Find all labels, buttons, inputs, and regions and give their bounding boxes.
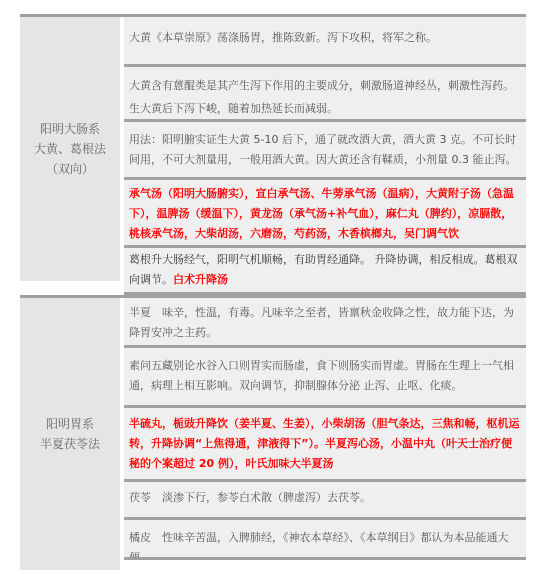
content-cell: 橘皮 性味辛苦温，入脾肺经，《神农本草经》、《本草纲目》都认为本品能通大便。 — [124, 520, 526, 560]
label-line: 阳明胃系 — [40, 414, 100, 434]
label-line: （双向） — [34, 159, 106, 179]
content-cell: 用法：阳明腑实证生大黄 5-10 后下，通了就改酒大黄，酒大黄 3 克。不可长时… — [124, 122, 526, 180]
label-line: 大黄、葛根法 — [34, 139, 106, 159]
section-content: 大黄《本草崇原》荡涤肠胃，推陈致新。泻下攻积，将军之称。 大黄含有蒽醌类是其产生… — [120, 17, 526, 281]
section-content: 半夏 味辛，性温，有毒。凡味辛之至者，皆禀秋金收降之性，故力能下达，为降胃安冲之… — [120, 298, 526, 570]
content-cell: 茯苓 淡渗下行，参苓白术散（脾虚泻）去茯苓。 — [124, 482, 526, 520]
content-cell: 葛根升大肠经气，阳明气机顺畅，有助胃经通降。 升降协调，相反相成。葛根双向调节。… — [124, 248, 526, 295]
content-cell: 素问五藏别论水谷入口则胃实而肠虚，食下则肠实而胃虚。胃肠在生理上一气相通，病理上… — [124, 348, 526, 408]
content-cell: 半夏 味辛，性温，有毒。凡味辛之至者，皆禀秋金收降之性，故力能下达，为降胃安冲之… — [124, 298, 526, 348]
section-label: 阳明胃系 半夏茯苓法 — [20, 298, 120, 570]
section-dachang: 阳明大肠系 大黄、葛根法 （双向） 大黄《本草崇原》荡涤肠胃，推陈致新。泻下攻积… — [20, 14, 526, 281]
formula-list-cell: 半硫丸，栀豉升降饮（姜半夏、生姜），小柴胡汤（胆气条达，三焦和畅，枢机运转，升降… — [124, 408, 526, 482]
label-line: 半夏茯苓法 — [40, 434, 100, 454]
label-line: 阳明大肠系 — [34, 119, 106, 139]
highlight-formula: 白术升降汤 — [173, 273, 228, 286]
content-cell: 大黄含有蒽醌类是其产生泻下作用的主要成分，刺激肠道神经丛，刺激性泻药。生大黄后下… — [124, 67, 526, 122]
content-cell: 大黄《本草崇原》荡涤肠胃，推陈致新。泻下攻积，将军之称。 — [124, 17, 526, 67]
section-wei: 阳明胃系 半夏茯苓法 半夏 味辛，性温，有毒。凡味辛之至者，皆禀秋金收降之性，故… — [20, 295, 526, 570]
formula-list-cell: 承气汤（阳明大肠腑实），宣白承气汤、牛蒡承气汤（温病），大黄附子汤（急温下），温… — [124, 180, 526, 248]
section-label: 阳明大肠系 大黄、葛根法 （双向） — [20, 17, 120, 281]
